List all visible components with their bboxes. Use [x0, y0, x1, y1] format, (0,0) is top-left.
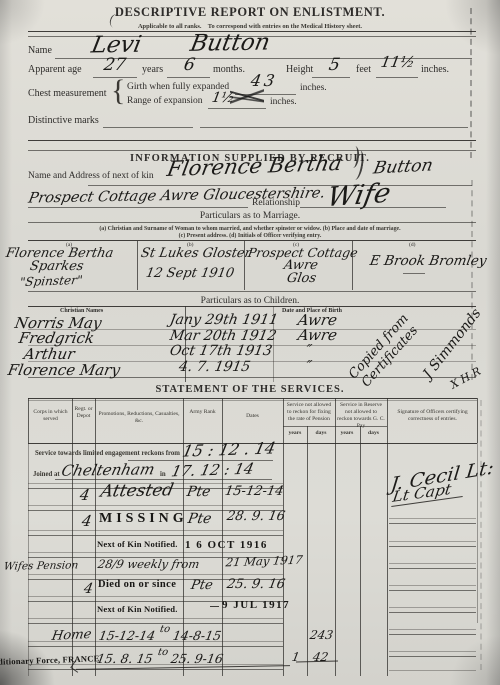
age-years-value: 27 [102, 55, 127, 75]
attested-rank: Pte [186, 484, 212, 500]
kin-notified-stamp: Next of Kin Notified. [97, 539, 178, 549]
home-days: 243 [309, 628, 334, 642]
marriage-officer-initials: E Brook Bromley [369, 253, 488, 269]
col-header-corps: Corps in which served [30, 409, 71, 423]
inches-label: inches. [421, 64, 449, 75]
years-label: years [142, 64, 163, 75]
col-header-promotions: Promotions, Reductions, Casualties, &c. [97, 411, 181, 425]
apparent-age-label: Apparent age [28, 64, 82, 75]
child-birth-date: Mar 20th 1912 [169, 328, 278, 344]
home-to-word: to [159, 624, 171, 635]
marriage-footnote-2: (c) Present address. (d) Initials of Off… [0, 233, 500, 239]
marriage-title: Particulars as to Marriage. [0, 211, 500, 221]
expansion-units: inches. [270, 97, 297, 107]
child-birth-place: Awre [296, 326, 338, 344]
girth-units: inches. [300, 83, 327, 93]
attested-entry: Attested [99, 480, 175, 501]
subheader-days: days [308, 430, 334, 437]
services-title: STATEMENT OF THE SERVICES. [0, 384, 500, 395]
died-rank: Pte [190, 578, 214, 593]
page-edge-marks [480, 400, 482, 670]
missing-stamp: MISSING [99, 511, 188, 527]
subtitle-note-2: To correspond with entries on the Medica… [208, 23, 362, 30]
page-edge-marks [471, 180, 473, 380]
marriage-address-line3: Glos [286, 271, 318, 286]
france-from-date: 15. 8. 15 [96, 651, 154, 666]
col-header-regt: Regt. or Depot [72, 406, 95, 420]
child-birth-date: 4. 7. 1915 [178, 359, 252, 375]
date-stamp-oct-1916: 1 6 OCT 1916 [185, 539, 268, 551]
missing-date: 28. 9. 16 [226, 509, 287, 524]
name-label: Name [28, 45, 52, 56]
france-to-word: to [157, 647, 169, 658]
next-of-kin-name: Florence Bertha [165, 151, 344, 181]
months-label: months. [213, 64, 245, 75]
relationship-label: Relationship [252, 198, 300, 208]
age-months-value: 6 [182, 55, 196, 75]
col-header-reserve: Service in Reserve not allowed to reckon… [337, 402, 385, 430]
child-birth-place: ″ [304, 357, 313, 375]
height-inches-value: 11½ [379, 53, 416, 71]
france-to-date: 25. 9-16 [170, 651, 225, 666]
joined-place: Cheltenham [60, 460, 157, 480]
died-stamp: Died on or since [98, 579, 176, 590]
joined-at-label: Joined at [33, 471, 60, 478]
height-feet-value: 5 [327, 55, 341, 75]
col-header-rank: Army Rank [184, 409, 221, 416]
next-of-kin-surname: Button [372, 155, 435, 178]
marriage-col-d-tag: (d) [409, 242, 415, 248]
child-birth-date: Oct 17th 1913 [169, 343, 274, 359]
pension-date: 21 May 1917 [225, 553, 304, 570]
missing-rank: Pte [187, 511, 213, 527]
joined-in-label: in [160, 471, 166, 478]
subheader-years: years [284, 430, 306, 437]
col-header-signature: Signature of Officers certifying correct… [390, 409, 475, 423]
marriage-date: 12 Sept 1910 [145, 266, 236, 281]
child-birth-date: Jany 29th 1911 [169, 312, 280, 328]
attested-regt: 4 [78, 486, 91, 504]
children-title: Particulars as to Children. [0, 296, 500, 306]
chest-brace: { [111, 74, 125, 108]
joined-date: 17. 12 : 14 [170, 460, 256, 481]
engagement-label: Service towards limited engagement recko… [35, 450, 180, 457]
died-regt: 4 [83, 581, 95, 597]
chest-label: Chest measurement [28, 88, 107, 99]
attested-date: 15-12-14 [224, 484, 285, 499]
form-title: DESCRIPTIVE REPORT ON ENLISTMENT. [0, 5, 500, 20]
child-name: Florence Mary [6, 361, 121, 379]
scribble-mark [230, 89, 264, 104]
subtitle-note-1: Applicable to all ranks. [138, 23, 202, 30]
col-header-dates: Dates [224, 413, 281, 420]
expansion-label: Range of expansion [127, 96, 202, 106]
feet-label: feet [356, 64, 371, 75]
pension-entry: 28/9 weekly from [97, 557, 201, 571]
girth-value: 43 [249, 71, 279, 90]
subheader-days: days [361, 430, 386, 437]
distinctive-marks-label: Distinctive marks [28, 115, 99, 126]
marriage-footnote-1: (a) Christian and Surname of Woman to wh… [0, 226, 500, 232]
marriage-wife-surname: Sparkes [29, 259, 85, 274]
home-from-date: 15-12-14 [98, 628, 157, 643]
engagement-date: 15 : 12 . 14 [181, 438, 278, 460]
missing-regt: 4 [80, 512, 93, 530]
pension-margin-note: Wifes Pension [3, 559, 79, 572]
marriage-wife-status: "Spinster" [19, 273, 84, 289]
next-of-kin-label: Name and Address of next of kin [28, 171, 154, 181]
marriage-place: St Lukes Gloster [140, 246, 252, 261]
home-corps: Home [51, 627, 93, 644]
kin-notified-stamp: Next of Kin Notified. [97, 604, 178, 614]
height-label: Height [286, 64, 313, 75]
date-stamp-jul-1917: 9 JUL 1917 [222, 599, 290, 611]
copied-from-annotation: Copied from Certificates [346, 311, 423, 392]
home-to-date: 14-8-15 [172, 628, 223, 643]
died-date: 25. 9. 16 [226, 577, 287, 592]
enlistment-form-scan: DESCRIPTIVE REPORT ON ENLISTMENT. Applic… [0, 0, 500, 685]
col-header-pension: Service not allowed to reckon for fixing… [285, 402, 333, 423]
subheader-years: years [336, 430, 358, 437]
